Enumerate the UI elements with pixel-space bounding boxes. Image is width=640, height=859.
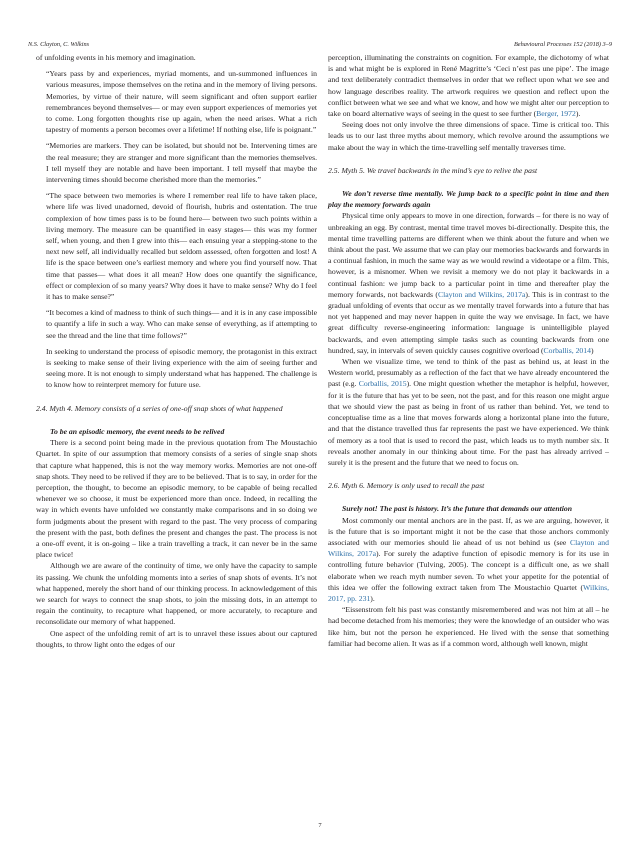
paragraph: Although we are aware of the continuity … — [36, 560, 317, 627]
section-heading-2-5: 2.5. Myth 5. We travel backwards in the … — [328, 165, 609, 176]
paragraph: of unfolding events in his memory and im… — [36, 52, 317, 63]
running-head-journal: Behavioural Processes 152 (2018) 3–9 — [514, 41, 612, 48]
text-run: Most commonly our mental anchors are in … — [328, 516, 609, 547]
citation-link[interactable]: Berger, 1972 — [536, 109, 576, 118]
paragraph: “Eissenstrom felt his past was constantl… — [328, 604, 609, 649]
section-heading-2-6: 2.6. Myth 6. Memory is only used to reca… — [328, 480, 609, 491]
paragraph: One aspect of the unfolding remit of art… — [36, 628, 317, 650]
left-column: of unfolding events in his memory and im… — [36, 52, 317, 650]
block-quote: “The space between two memories is where… — [46, 190, 317, 302]
text-run: ). — [576, 109, 580, 118]
running-head-authors: N.S. Clayton, C. Wilkins — [28, 41, 89, 48]
text-run: ). One might question whether the metaph… — [328, 379, 609, 466]
text-run: ) — [591, 346, 594, 355]
citation-link[interactable]: Clayton and Wilkins, 2017a — [438, 290, 525, 299]
paragraph: Most commonly our mental anchors are in … — [328, 515, 609, 605]
page-number: 7 — [0, 822, 640, 829]
right-column: perception, illuminating the constraints… — [328, 52, 609, 649]
text-run: ). — [370, 594, 374, 603]
text-run: Physical time only appears to move in on… — [328, 211, 609, 298]
running-head: N.S. Clayton, C. Wilkins Behavioural Pro… — [28, 41, 612, 48]
paragraph: When we visualize time, we tend to think… — [328, 356, 609, 468]
paragraph: Physical time only appears to move in on… — [328, 210, 609, 356]
block-quote: “Memories are markers. They can be isola… — [46, 140, 317, 185]
paragraph: perception, illuminating the constraints… — [328, 52, 609, 119]
subheading: To be an episodic memory, the event need… — [36, 426, 317, 437]
block-quote: “It becomes a kind of madness to think o… — [46, 307, 317, 341]
block-quote: “Years pass by and experiences, myriad m… — [46, 68, 317, 135]
citation-link[interactable]: Corballis, 2015 — [359, 379, 407, 388]
block-quote: In seeking to understand the process of … — [46, 346, 317, 391]
citation-link[interactable]: Corballis, 2014 — [544, 346, 591, 355]
subheading: We don’t reverse time mentally. We jump … — [328, 188, 609, 210]
paragraph: Seeing does not only involve the three d… — [328, 119, 609, 153]
section-heading-2-4: 2.4. Myth 4. Memory consists of a series… — [36, 403, 317, 414]
paragraph: There is a second point being made in th… — [36, 437, 317, 560]
subheading: Surely not! The past is history. It’s th… — [328, 503, 609, 514]
